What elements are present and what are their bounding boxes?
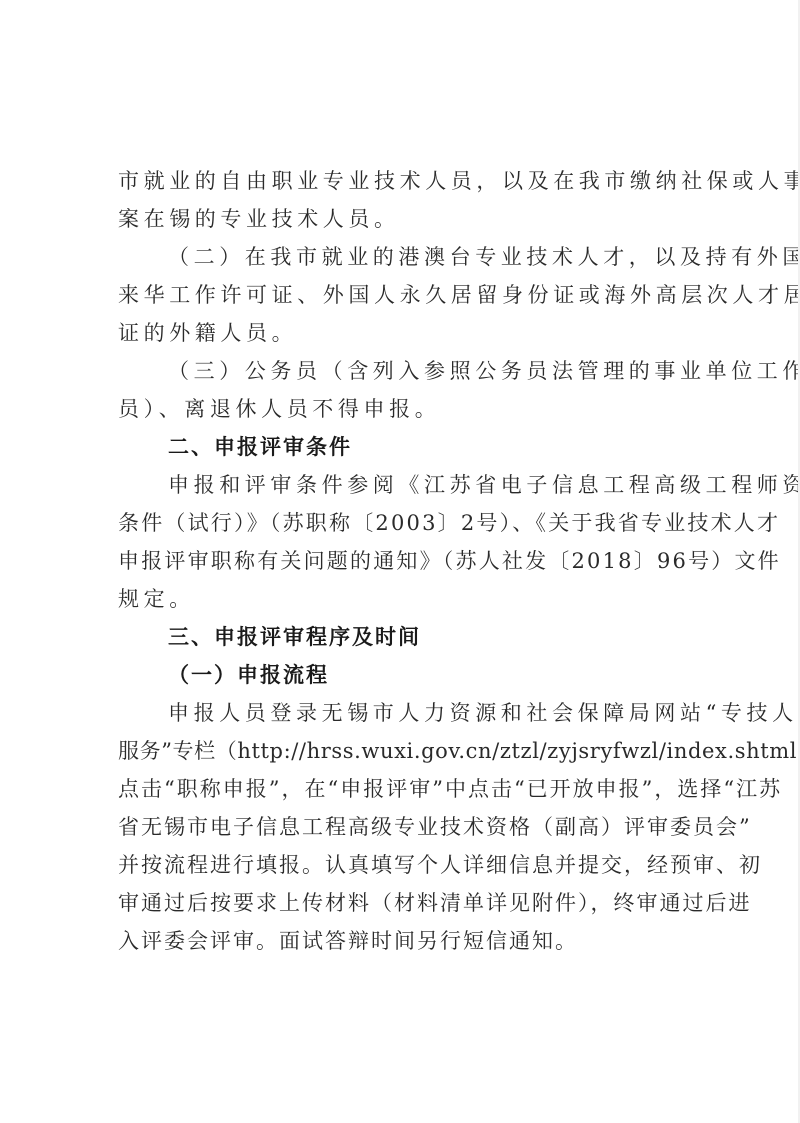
paragraph-line: 审通过后按要求上传材料（材料清单详见附件），终审通过后进 [118,884,684,922]
paragraph-line: 证的外籍人员。 [118,314,684,352]
paragraph-line: 省无锡市电子信息工程高级专业技术资格（副高）评审委员会” [118,808,684,846]
paragraph-line: 申报和评审条件参阅《江苏省电子信息工程高级工程师资格 [118,466,684,504]
paragraph-line: 规定。 [118,580,684,618]
paragraph-line-item-3: （三）公务员（含列入参照公务员法管理的事业单位工作人 [118,352,684,390]
paragraph-line: 来华工作许可证、外国人永久居留身份证或海外高层次人才居住 [118,276,684,314]
paragraph-line: 入评委会评审。面试答辩时间另行短信通知。 [118,922,684,960]
section-heading-3: 三、申报评审程序及时间 [118,618,684,656]
paragraph-line: 案在锡的专业技术人员。 [118,200,684,238]
paragraph-line: 申报评审职称有关问题的通知》（苏人社发〔2018〕96号）文件 [118,542,684,580]
paragraph-line-item-2: （二）在我市就业的港澳台专业技术人才，以及持有外国人 [118,238,684,276]
paragraph-line: 条件（试行）》（苏职称〔2003〕2号）、《关于我省专业技术人才 [118,504,684,542]
document-page: 市就业的自由职业专业技术人员，以及在我市缴纳社保或人事档 案在锡的专业技术人员。… [118,162,684,960]
paragraph-line: 申报人员登录无锡市人力资源和社会保障局网站“专技人员 [118,694,684,732]
paragraph-line: 并按流程进行填报。认真填写个人详细信息并提交，经预审、初 [118,846,684,884]
paragraph-line-with-url: 服务”专栏（http://hrss.wuxi.gov.cn/ztzl/zyjsr… [118,732,684,770]
paragraph-line: 点击“职称申报”，在“申报评审”中点击“已开放申报”，选择“江苏 [118,770,684,808]
paragraph-line: 市就业的自由职业专业技术人员，以及在我市缴纳社保或人事档 [118,162,684,200]
paragraph-line: 员）、离退休人员不得申报。 [118,390,684,428]
section-heading-2: 二、申报评审条件 [118,428,684,466]
subsection-heading-application-process: （一）申报流程 [118,656,684,694]
